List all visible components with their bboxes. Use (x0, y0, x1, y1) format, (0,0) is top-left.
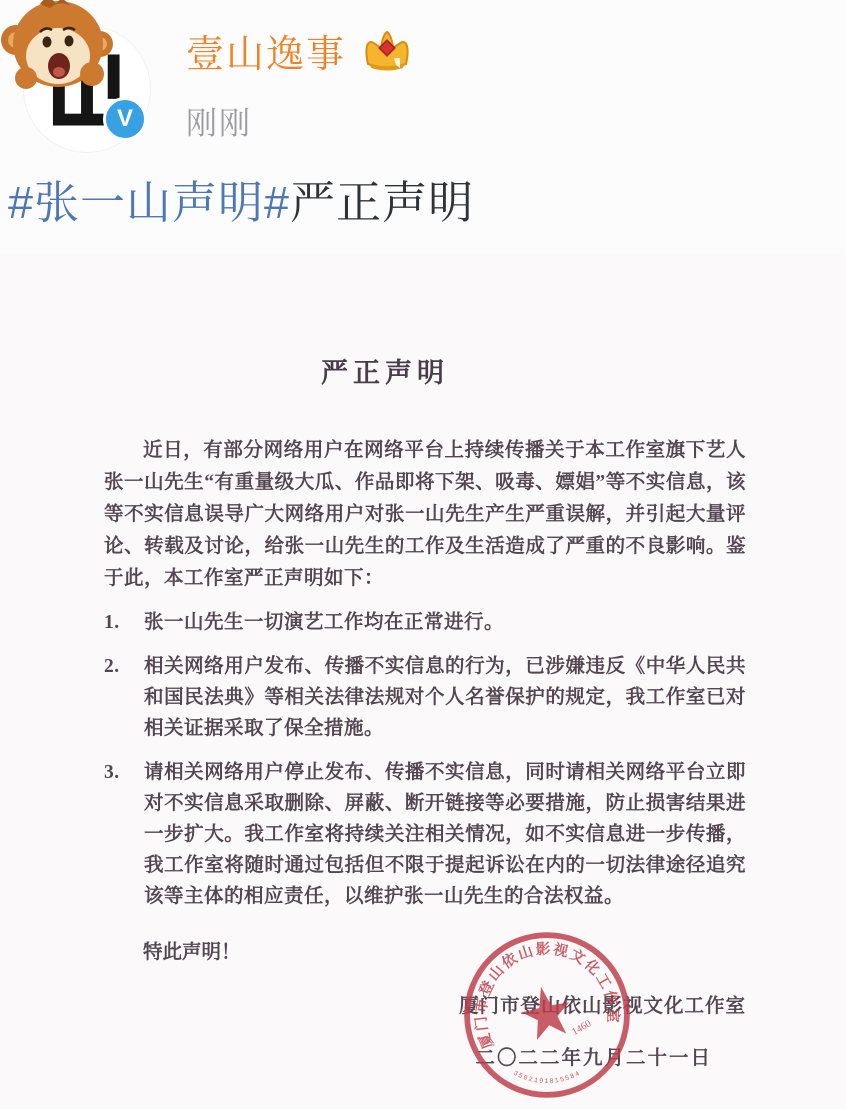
official-seal-icon: 厦门市登山依山影视文化工作室 3502191815584 1460 (462, 930, 632, 1100)
statement-body: 近日，有部分网络用户在网络平台上持续传播关于本工作室旗下艺人张一山先生“有重量级… (104, 435, 746, 1070)
list-item-text: 相关网络用户发布、传播不实信息的行为，已涉嫌违反《中华人民共和国民法典》等相关法… (144, 651, 746, 744)
list-item-text: 请相关网络用户停止发布、传播不实信息，同时请相关网络平台立即对不实信息采取删除、… (144, 757, 746, 912)
timestamp[interactable]: 刚刚 (186, 98, 414, 143)
list-item-number: 2. (104, 651, 144, 744)
vip-crown-icon[interactable] (360, 24, 414, 78)
statement-date: 二〇二二年九月二十一日 (104, 1042, 746, 1070)
list-item-text: 张一山先生一切演艺工作均在正常进行。 (144, 607, 746, 638)
statement-list: 1. 张一山先生一切演艺工作均在正常进行。 2. 相关网络用户发布、传播不实信息… (104, 607, 746, 912)
username[interactable]: 壹山逸事 (186, 23, 346, 78)
list-item-number: 3. (104, 757, 144, 912)
hashtag-link[interactable]: #张一山声明# (8, 177, 290, 228)
list-item: 3. 请相关网络用户停止发布、传播不实信息，同时请相关网络平台立即对不实信息采取… (104, 757, 746, 912)
statement-image[interactable]: 严正声明 近日，有部分网络用户在网络平台上持续传播关于本工作室旗下艺人张一山先生… (0, 255, 846, 1109)
post-title-text: 严正声明 (290, 177, 474, 228)
statement-closing: 特此声明！ (104, 936, 746, 964)
svg-text:3502191815584: 3502191815584 (512, 1070, 583, 1086)
statement-paragraph: 近日，有部分网络用户在网络平台上持续传播关于本工作室旗下艺人张一山先生“有重量级… (104, 435, 746, 595)
monkey-emoji-sticker-icon (0, 0, 118, 104)
user-block: 壹山逸事 刚刚 (186, 22, 414, 143)
list-item-number: 1. (104, 607, 144, 638)
list-item: 1. 张一山先生一切演艺工作均在正常进行。 (104, 607, 746, 638)
weibo-post-page: V 壹山逸事 刚刚 #张一山声明#严正声明 (0, 0, 846, 1109)
statement-title: 严正声明 (0, 351, 770, 390)
post-text: #张一山声明#严正声明 (8, 166, 474, 231)
seal-serial-number: 3502191815584 (512, 1070, 583, 1086)
list-item: 2. 相关网络用户发布、传播不实信息的行为，已涉嫌违反《中华人民共和国民法典》等… (104, 651, 746, 744)
seal-side-code: 1460 (570, 1018, 593, 1038)
statement-signature: 厦门市登山依山影视文化工作室 (104, 990, 746, 1018)
